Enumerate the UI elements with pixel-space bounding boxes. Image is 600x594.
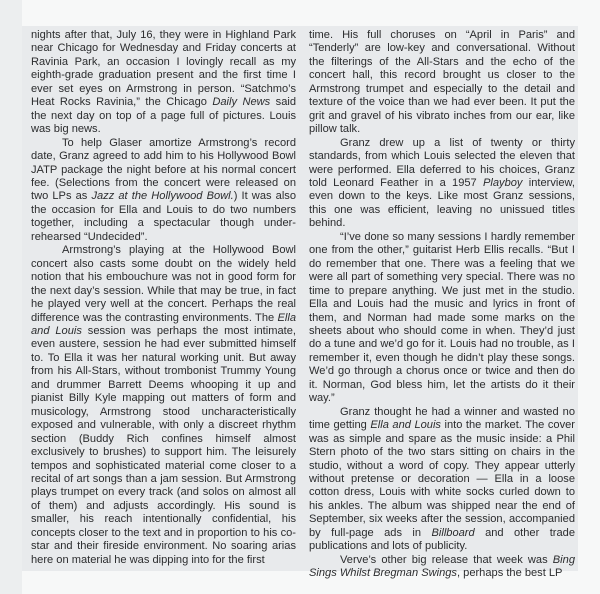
text-run: , perhaps the best LP <box>457 567 562 579</box>
paragraph: Granz thought he had a winner and wasted… <box>309 406 575 554</box>
left-text-column: nights after that, July 16, they were in… <box>31 29 296 567</box>
paragraph: “I’ve done so many sessions I hardly rem… <box>309 231 575 406</box>
text-run: Verve’s other big release that week was <box>340 554 553 566</box>
paragraph: time. His full choruses on “April in Par… <box>309 29 575 137</box>
album-title: Ella and Louis <box>370 419 441 431</box>
right-text-column: time. His full choruses on “April in Par… <box>309 29 575 581</box>
quote-text: “I’ve done so many sessions I hardly rem… <box>309 231 575 404</box>
text-run: into the market. The cover was as simple… <box>309 419 575 539</box>
page-edge-shadow <box>0 0 22 594</box>
magazine-title: Playboy <box>483 177 522 189</box>
album-title: Jazz at the Hollywood Bowl. <box>91 190 233 202</box>
magazine-title: Billboard <box>431 527 474 539</box>
paragraph: Armstrong’s playing at the Hollywood Bow… <box>31 244 296 567</box>
text-run: Armstrong’s playing at the Hollywood Bow… <box>31 244 296 323</box>
text-run: time. His full choruses on “April in Par… <box>309 29 575 135</box>
paragraph: To help Glaser amortize Armstrong’s reco… <box>31 137 296 245</box>
paragraph: nights after that, July 16, they were in… <box>31 29 296 137</box>
text-run: session was perhaps the most intimate, e… <box>31 325 296 566</box>
newspaper-title: Daily News <box>212 96 270 108</box>
paragraph: Granz drew up a list of twenty or thirty… <box>309 137 575 231</box>
paragraph: Verve’s other big release that week was … <box>309 554 575 581</box>
